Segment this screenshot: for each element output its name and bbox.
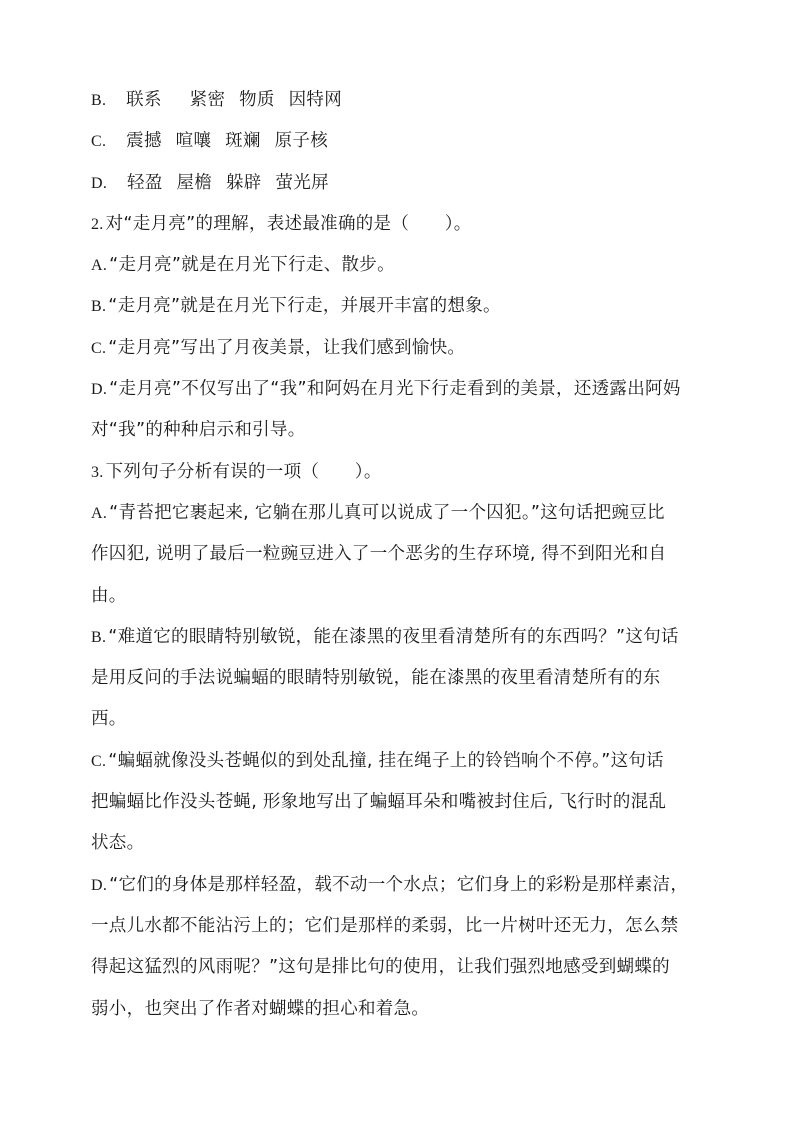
option-label: D. — [91, 381, 107, 398]
option-label: C. — [91, 133, 106, 150]
option-text: “青苔把它裹起来, 它躺在那儿真可以说成了一个囚犯。”这句话把豌豆比 — [109, 503, 665, 523]
q3-option-d-line3: 得起这猛烈的风雨呢？”这句是排比句的使用，让我们强烈地感受到蝴蝶的 — [91, 947, 703, 988]
q3-option-a-line1: A.“青苔把它裹起来, 它躺在那儿真可以说成了一个囚犯。”这句话把豌豆比 — [91, 493, 703, 534]
word: 屋檐 — [177, 173, 213, 193]
q3-option-a-line2: 作囚犯, 说明了最后一粒豌豆进入了一个恶劣的生存环境, 得不到阳光和自 — [91, 534, 703, 575]
option-text: “走月亮”就是在月光下行走，并展开丰富的想象。 — [108, 296, 501, 316]
q3-stem: 3.下列句子分析有误的一项（ ）。 — [91, 452, 703, 493]
option-text: “难道它的眼睛特别敏锐，能在漆黑的夜里看清楚所有的东西吗？”这句话 — [108, 627, 679, 647]
option-label: D. — [91, 175, 107, 192]
q3-option-b-line2: 是用反问的手法说蝙蝠的眼睛特别敏锐，能在漆黑的夜里看清楚所有的东 — [91, 658, 703, 699]
option-label: D. — [91, 877, 107, 894]
word: 紧密 — [190, 90, 226, 110]
option-label: C. — [91, 340, 106, 357]
option-text: “它们的身体是那样轻盈，载不动一个水点；它们身上的彩粉是那样素洁， — [109, 875, 688, 895]
question-number: 3. — [91, 464, 104, 481]
question-text: 对“走月亮”的理解，表述最准确的是（ ）。 — [106, 214, 472, 234]
option-text: 得起这猛烈的风雨呢？”这句是排比句的使用，让我们强烈地感受到蝴蝶的 — [91, 957, 670, 977]
option-text: “走月亮”不仅写出了“我”和阿妈在月光下行走看到的美景，还透露出阿妈 — [109, 379, 680, 399]
option-label: B. — [91, 298, 106, 315]
q2-option-d-line2: 对“我”的种种启示和引导。 — [91, 410, 703, 451]
word: 震撼 — [126, 131, 162, 151]
option-text: “蝙蝠就像没头苍蝇似的到处乱撞, 挂在绳子上的铃铛响个不停。”这句话 — [108, 751, 664, 771]
q2-option-c: C.“走月亮”写出了月夜美景，让我们感到愉快。 — [91, 328, 703, 369]
option-text: 状态。 — [91, 833, 144, 853]
q2-option-d-line1: D.“走月亮”不仅写出了“我”和阿妈在月光下行走看到的美景，还透露出阿妈 — [91, 369, 703, 410]
option-label: C. — [91, 753, 106, 770]
q3-option-d-line1: D.“它们的身体是那样轻盈，载不动一个水点；它们身上的彩粉是那样素洁， — [91, 865, 703, 906]
q2-option-b: B.“走月亮”就是在月光下行走，并展开丰富的想象。 — [91, 286, 703, 327]
option-text: 西。 — [91, 709, 127, 729]
word: 物质 — [239, 90, 275, 110]
word: 喧嚷 — [176, 131, 212, 151]
option-text: 是用反问的手法说蝙蝠的眼睛特别敏锐，能在漆黑的夜里看清楚所有的东 — [91, 668, 661, 688]
q3-option-c-line3: 状态。 — [91, 823, 703, 864]
option-text: 一点儿水都不能沾污上的；它们是那样的柔弱，比一片树叶还无力，怎么禁 — [91, 916, 678, 936]
option-label: A. — [91, 257, 107, 274]
q1-option-b: B. 联系 紧密 物质 因特网 — [91, 80, 703, 121]
q3-option-b-line1: B.“难道它的眼睛特别敏锐，能在漆黑的夜里看清楚所有的东西吗？”这句话 — [91, 617, 703, 658]
word: 萤光屏 — [275, 173, 328, 193]
word: 斑斓 — [225, 131, 261, 151]
word: 躲辟 — [226, 173, 262, 193]
q2-stem: 2.对“走月亮”的理解，表述最准确的是（ ）。 — [91, 204, 703, 245]
option-text: 把蝙蝠比作没头苍蝇, 形象地写出了蝙蝠耳朵和嘴被封住后, 飞行时的混乱 — [91, 792, 666, 812]
word: 因特网 — [289, 90, 342, 110]
option-label: B. — [91, 629, 106, 646]
option-text: “走月亮”写出了月夜美景，让我们感到愉快。 — [108, 338, 465, 358]
word: 联系 — [126, 90, 162, 110]
q1-option-d: D. 轻盈 屋檐 躲辟 萤光屏 — [91, 163, 703, 204]
option-text: 弱小，也突出了作者对蝴蝶的担心和着急。 — [91, 999, 429, 1019]
option-label: B. — [91, 92, 106, 109]
q3-option-c-line2: 把蝙蝠比作没头苍蝇, 形象地写出了蝙蝠耳朵和嘴被封住后, 飞行时的混乱 — [91, 782, 703, 823]
option-label: A. — [91, 505, 107, 522]
q3-option-a-line3: 由。 — [91, 576, 703, 617]
option-text: 对“我”的种种启示和引导。 — [91, 420, 306, 440]
q3-option-b-line3: 西。 — [91, 699, 703, 740]
question-text: 下列句子分析有误的一项（ ）。 — [106, 462, 382, 482]
question-number: 2. — [91, 216, 104, 233]
q1-option-c: C. 震撼 喧嚷 斑斓 原子核 — [91, 121, 703, 162]
word: 轻盈 — [127, 173, 163, 193]
q3-option-c-line1: C.“蝙蝠就像没头苍蝇似的到处乱撞, 挂在绳子上的铃铛响个不停。”这句话 — [91, 741, 703, 782]
document-page: B. 联系 紧密 物质 因特网 C. 震撼 喧嚷 斑斓 原子核 D. 轻盈 屋檐… — [91, 80, 703, 1030]
option-text: 作囚犯, 说明了最后一粒豌豆进入了一个恶劣的生存环境, 得不到阳光和自 — [91, 544, 666, 564]
q2-option-a: A.“走月亮”就是在月光下行走、散步。 — [91, 245, 703, 286]
option-text: “走月亮”就是在月光下行走、散步。 — [109, 255, 395, 275]
q3-option-d-line4: 弱小，也突出了作者对蝴蝶的担心和着急。 — [91, 989, 703, 1030]
word: 原子核 — [275, 131, 328, 151]
option-text: 由。 — [91, 586, 127, 606]
q3-option-d-line2: 一点儿水都不能沾污上的；它们是那样的柔弱，比一片树叶还无力，怎么禁 — [91, 906, 703, 947]
